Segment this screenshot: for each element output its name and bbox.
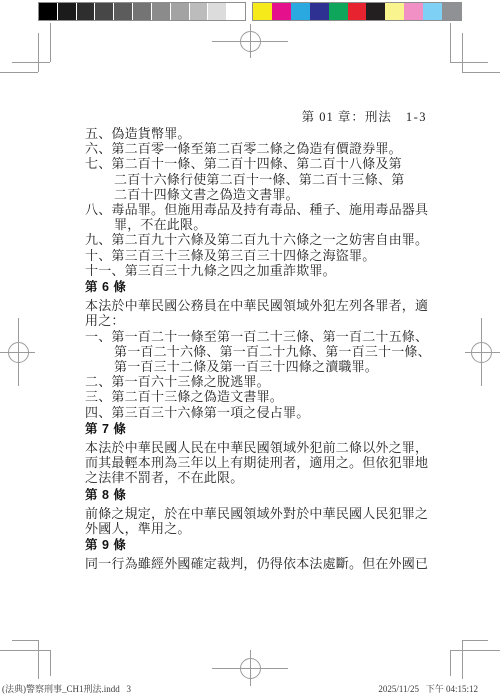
page-number: 1-3	[406, 110, 427, 124]
text-line: 七、第二百十一條、第二百十四條、第二百十八條及第	[85, 156, 433, 171]
calibration-patch	[152, 3, 170, 20]
registration-circle	[240, 31, 261, 52]
crop-mark	[50, 23, 51, 62]
text-line: 而其最輕本刑為三年以上有期徒刑者，適用之。但依犯罪地	[85, 455, 433, 470]
calibration-patch	[133, 3, 151, 20]
text-line: 三、第二百十三條之偽造文書罪。	[85, 389, 433, 404]
crop-mark	[12, 62, 50, 63]
crop-mark	[450, 23, 451, 62]
calibration-patch	[348, 3, 367, 20]
calibration-patch	[190, 3, 208, 20]
article-heading: 第 6 條	[85, 280, 433, 295]
text-line: 八、毒品罪。但施用毒品及持有毒品、種子、施用毒品器具	[85, 202, 433, 217]
text-line: 本法於中華民國公務員在中華民國領域外犯左列各罪者，適	[85, 298, 433, 313]
crop-mark	[450, 62, 488, 63]
text-line: 第一百三十二條及第一百三十四條之瀆職罪。	[85, 359, 433, 374]
crop-mark	[50, 650, 51, 676]
text-line: 二百十六條行使第二百十一條、第二百十三條、第	[85, 172, 433, 187]
proof-sheet: 第 01 章：刑法1-3 五、偽造貨幣罪。六、第二百零一條至第二百零二條之偽造有…	[0, 0, 500, 700]
calibration-patch	[272, 3, 291, 20]
crop-mark	[38, 33, 39, 72]
calibration-patch	[208, 3, 226, 20]
text-line: 同一行為雖經外國確定裁判，仍得依本法處斷。但在外國已	[85, 556, 433, 571]
crop-mark	[12, 640, 38, 641]
calibration-patch	[95, 3, 113, 20]
calibration-patch	[423, 3, 442, 20]
text-line: 外國人，準用之。	[85, 521, 433, 536]
timestamp-slug: 2025/11/25 下午 04:15:12	[378, 682, 478, 695]
body-text-column: 五、偽造貨幣罪。六、第二百零一條至第二百零二條之偽造有價證券罪。七、第二百十一條…	[85, 126, 433, 572]
registration-circle	[8, 342, 29, 363]
grayscale-calibration-bar	[38, 2, 246, 21]
text-line: 二百十四條文書之偽造文書罪。	[85, 187, 433, 202]
calibration-patch	[253, 3, 272, 20]
text-line: 四、第三百三十六條第一項之侵占罪。	[85, 405, 433, 420]
text-line: 用之：	[85, 313, 433, 328]
calibration-patch	[171, 3, 189, 20]
calibration-patch	[404, 3, 423, 20]
text-line: 第一百二十六條、第一百二十九條、第一百三十一條、	[85, 344, 433, 359]
calibration-patch	[39, 3, 57, 20]
calibration-patch	[291, 3, 310, 20]
article-heading: 第 7 條	[85, 422, 433, 437]
color-calibration-bar	[252, 2, 462, 21]
calibration-patch	[227, 3, 245, 20]
chapter-title: 第 01 章：刑法	[302, 110, 392, 124]
crop-mark	[462, 72, 500, 73]
text-line: 一、第一百二十一條至第一百二十三條、第一百二十五條、	[85, 329, 433, 344]
crop-mark	[462, 640, 463, 679]
crop-mark	[450, 650, 451, 676]
calibration-patch	[366, 3, 385, 20]
calibration-patch	[329, 3, 348, 20]
crop-mark	[462, 640, 488, 641]
text-line: 十一、第三百三十九條之四之加重詐欺罪。	[85, 263, 433, 278]
calibration-patch	[114, 3, 132, 20]
text-line: 十、第三百三十三條及第三百三十四條之海盜罪。	[85, 248, 433, 263]
calibration-patch	[58, 3, 76, 20]
article-heading: 第 9 條	[85, 538, 433, 553]
text-line: 罪，不在此限。	[85, 217, 433, 232]
crop-mark	[450, 650, 500, 651]
crop-mark	[0, 650, 50, 651]
text-line: 五、偽造貨幣罪。	[85, 126, 433, 141]
text-line: 二、第一百六十三條之脫逃罪。	[85, 374, 433, 389]
crop-mark	[38, 640, 39, 679]
file-name-slug: (法典)警察刑事_CH1刑法.indd 3	[2, 682, 131, 695]
calibration-patch	[310, 3, 329, 20]
crop-mark	[462, 33, 463, 72]
text-line: 六、第二百零一條至第二百零二條之偽造有價證券罪。	[85, 141, 433, 156]
text-line: 之法律不罰者，不在此限。	[85, 470, 433, 485]
text-line: 本法於中華民國人民在中華民國領域外犯前二條以外之罪，	[85, 440, 433, 455]
calibration-patch	[385, 3, 404, 20]
text-line: 九、第二百九十六條及第二百九十六條之一之妨害自由罪。	[85, 232, 433, 247]
text-line: 前條之規定，於在中華民國領域外對於中華民國人民犯罪之	[85, 506, 433, 521]
crop-mark	[0, 72, 38, 73]
registration-circle	[240, 658, 261, 679]
calibration-patch	[77, 3, 95, 20]
article-heading: 第 8 條	[85, 488, 433, 503]
calibration-patch	[442, 3, 461, 20]
registration-circle	[471, 342, 492, 363]
